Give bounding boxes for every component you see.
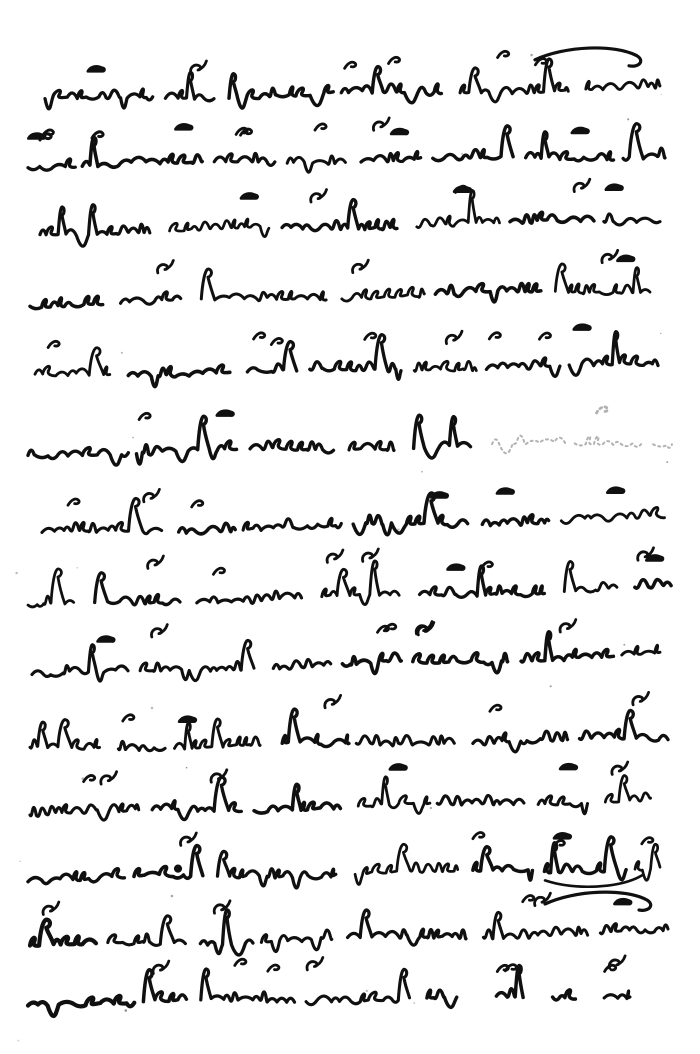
manuscript-page: ห้อยาใบ ยาวประมาณสองเสนสองวา ผลถัดนั้นไป… <box>0 0 700 1054</box>
handwritten-line-14: ผัน นั้นหลังสูงเท่าน้ำ อันไปประมาณ ๓ เสน… <box>0 932 700 1054</box>
